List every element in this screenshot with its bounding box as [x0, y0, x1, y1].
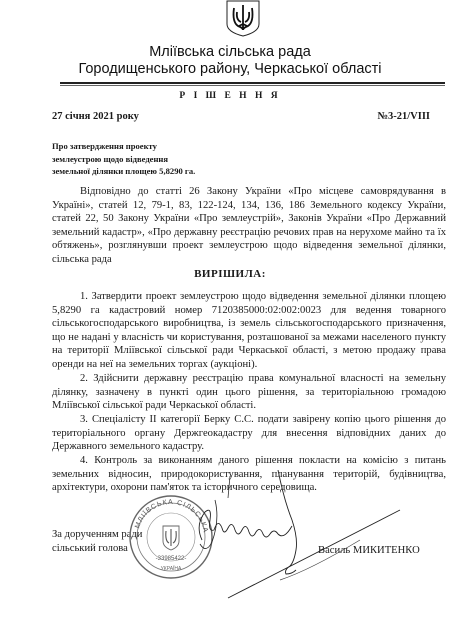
handwritten-signature-icon [180, 470, 410, 605]
decision-item-3: 3. Спеціалісту ІІ категорії Берку С.С. п… [52, 413, 446, 454]
document-type-title: Р І Ш Е Н Н Я [0, 91, 460, 101]
coat-of-arms-icon [222, 0, 264, 37]
document-subject: Про затвердження проекту землеустрою щод… [52, 140, 195, 178]
svg-text:УКРАЇНА: УКРАЇНА [161, 565, 182, 572]
header-rule-thin [60, 85, 445, 86]
decision-item-text: 3. Спеціалісту ІІ категорії Берку С.С. п… [52, 413, 446, 454]
header-rule [60, 82, 445, 84]
document-number: №3-21/VIII [377, 111, 430, 122]
district-region: Городищенського району, Черкаської облас… [0, 61, 460, 77]
decided-heading: ВИРІШИЛА: [0, 268, 460, 280]
decision-item-2: 2. Здійснити державну реєстрацію права к… [52, 372, 446, 413]
council-name: Мліївська сільська рада [0, 44, 460, 60]
decision-item-1: 1. Затвердити проект землеустрою щодо ві… [52, 290, 446, 372]
subject-line: землеустрою щодо відведення [52, 153, 195, 166]
preamble-paragraph: Відповідно до статті 26 Закону України «… [52, 185, 446, 267]
document-page: Мліївська сільська рада Городищенського … [0, 0, 460, 620]
decision-item-text: 2. Здійснити державну реєстрацію права к… [52, 372, 446, 413]
preamble-text: Відповідно до статті 26 Закону України «… [52, 185, 446, 267]
subject-line: земельної ділянки площею 5,8290 га. [52, 165, 195, 178]
decision-item-text: 1. Затвердити проект землеустрою щодо ві… [52, 290, 446, 372]
subject-line: Про затвердження проекту [52, 140, 195, 153]
document-date: 27 січня 2021 року [52, 111, 139, 122]
